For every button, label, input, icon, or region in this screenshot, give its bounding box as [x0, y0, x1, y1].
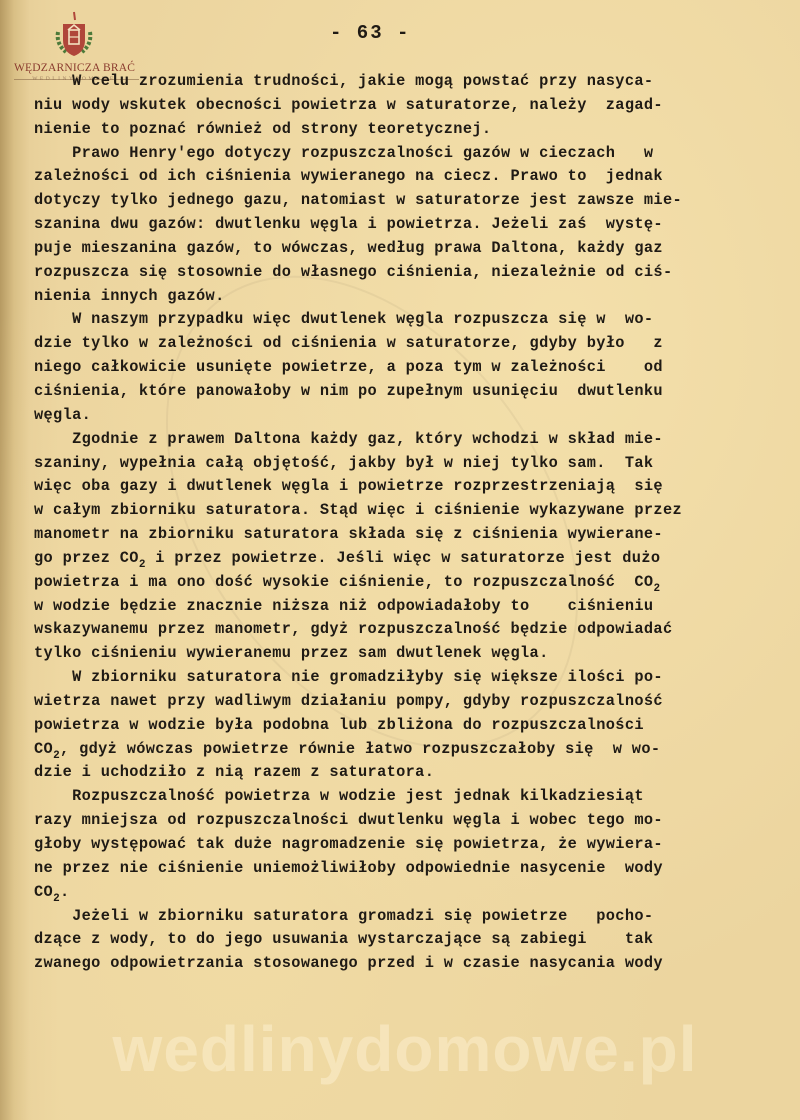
text-line: w całym zbiorniku saturatora. Stąd więc … [34, 499, 774, 523]
text-line: zależności od ich ciśnienia wywieranego … [34, 165, 774, 189]
coat-of-arms-icon [52, 10, 96, 58]
page-number: - 63 - [330, 22, 410, 44]
text-line: Rozpuszczalność powietrza w wodzie jest … [34, 785, 774, 809]
text-line: Zgodnie z prawem Daltona każdy gaz, któr… [34, 428, 774, 452]
text-line: puje mieszanina gazów, to wówczas, wedłu… [34, 237, 774, 261]
text-line: dzące z wody, to do jego usuwania wystar… [34, 928, 774, 952]
text-line: więc oba gazy i dwutlenek węgla i powiet… [34, 475, 774, 499]
text-line: W celu zrozumienia trudności, jakie mogą… [34, 70, 774, 94]
text-line: nienia innych gazów. [34, 285, 774, 309]
watermark: wedlinydomowe.pl [85, 1012, 725, 1086]
document-body: W celu zrozumienia trudności, jakie mogą… [34, 70, 774, 976]
text-line: manometr na zbiorniku saturatora składa … [34, 523, 774, 547]
text-line: nienie to poznać również od strony teore… [34, 118, 774, 142]
text-line: dzie i uchodziło z nią razem z saturator… [34, 761, 774, 785]
text-line: CO2, gdyż wówczas powietrze równie łatwo… [34, 738, 774, 762]
text-line: powietrza i ma ono dość wysokie ciśnieni… [34, 571, 774, 595]
text-line: wskazywanemu przez manometr, gdyż rozpus… [34, 618, 774, 642]
text-line: dotyczy tylko jednego gazu, natomiast w … [34, 189, 774, 213]
text-line: ne przez nie ciśnienie uniemożliwiłoby o… [34, 857, 774, 881]
text-line: głoby występować tak duże nagromadzenie … [34, 833, 774, 857]
text-line: dzie tylko w zależności od ciśnienia w s… [34, 332, 774, 356]
text-line: CO2. [34, 881, 774, 905]
text-line: W naszym przypadku więc dwutlenek węgla … [34, 308, 774, 332]
text-line: ciśnienia, które panowałoby w nim po zup… [34, 380, 774, 404]
text-line: szanina dwu gazów: dwutlenku węgla i pow… [34, 213, 774, 237]
text-line: razy mniejsza od rozpuszczalności dwutle… [34, 809, 774, 833]
text-line: Jeżeli w zbiorniku saturatora gromadzi s… [34, 905, 774, 929]
text-line: w wodzie będzie znacznie niższa niż odpo… [34, 595, 774, 619]
text-line: Prawo Henry'ego dotyczy rozpuszczalności… [34, 142, 774, 166]
text-line: szaniny, wypełnia całą objętość, jakby b… [34, 452, 774, 476]
text-line: wietrza nawet przy wadliwym działaniu po… [34, 690, 774, 714]
text-line: go przez CO2 i przez powietrze. Jeśli wi… [34, 547, 774, 571]
text-line: rozpuszcza się stosownie do własnego ciś… [34, 261, 774, 285]
text-line: niego całkowicie usunięte powietrze, a p… [34, 356, 774, 380]
text-line: tylko ciśnieniu wywieranemu przez sam dw… [34, 642, 774, 666]
text-line: niu wody wskutek obecności powietrza w s… [34, 94, 774, 118]
text-line: zwanego odpowietrzania stosowanego przed… [34, 952, 774, 976]
text-line: węgla. [34, 404, 774, 428]
text-line: W zbiorniku saturatora nie gromadziłyby … [34, 666, 774, 690]
text-line: powietrza w wodzie była podobna lub zbli… [34, 714, 774, 738]
